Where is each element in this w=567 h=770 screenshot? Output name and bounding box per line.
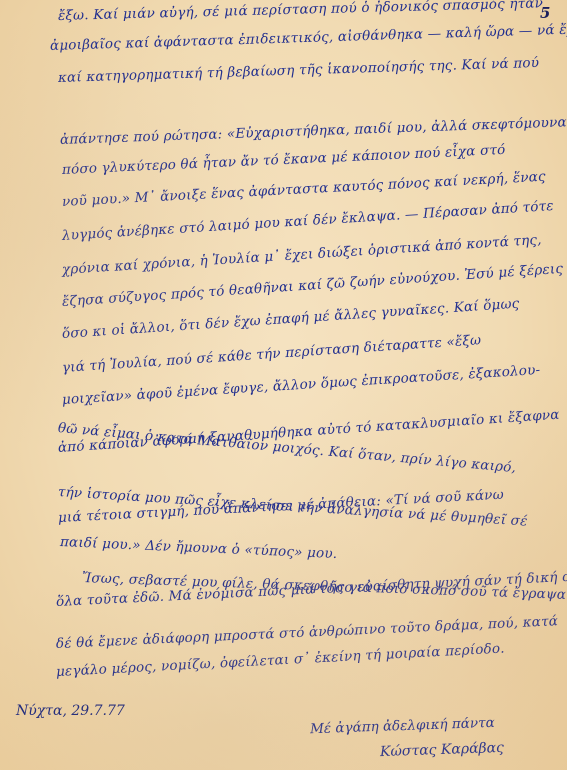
closing-salutation: Μέ ἀγάπη ἀδελφική πάντα: [310, 715, 495, 737]
letter-line: παιδί μου.» Δέν ἤμουνα ὁ «τύπος» μου.: [60, 534, 338, 562]
letter-page: 5 ἔξω. Καί μιάν αὐγή, σέ μιά περίσταση π…: [0, 0, 567, 770]
signature: Κώστας Καράβας: [380, 740, 504, 760]
letter-line: ἀμοιβαῖος καί ἀφάνταστα ἐπιδεικτικός, αἰ…: [50, 21, 567, 54]
letter-line: πόσο γλυκύτερο θά ἦταν ἄν τό ἔκανα μέ κά…: [62, 142, 506, 178]
letter-line: καί κατηγορηματική τή βεβαίωση τῆς ἱκανο…: [58, 55, 540, 86]
place-date: Νύχτα, 29.7.77: [16, 703, 125, 719]
letter-line: ἔξω. Καί μιάν αὐγή, σέ μιά περίσταση πού…: [58, 0, 543, 24]
